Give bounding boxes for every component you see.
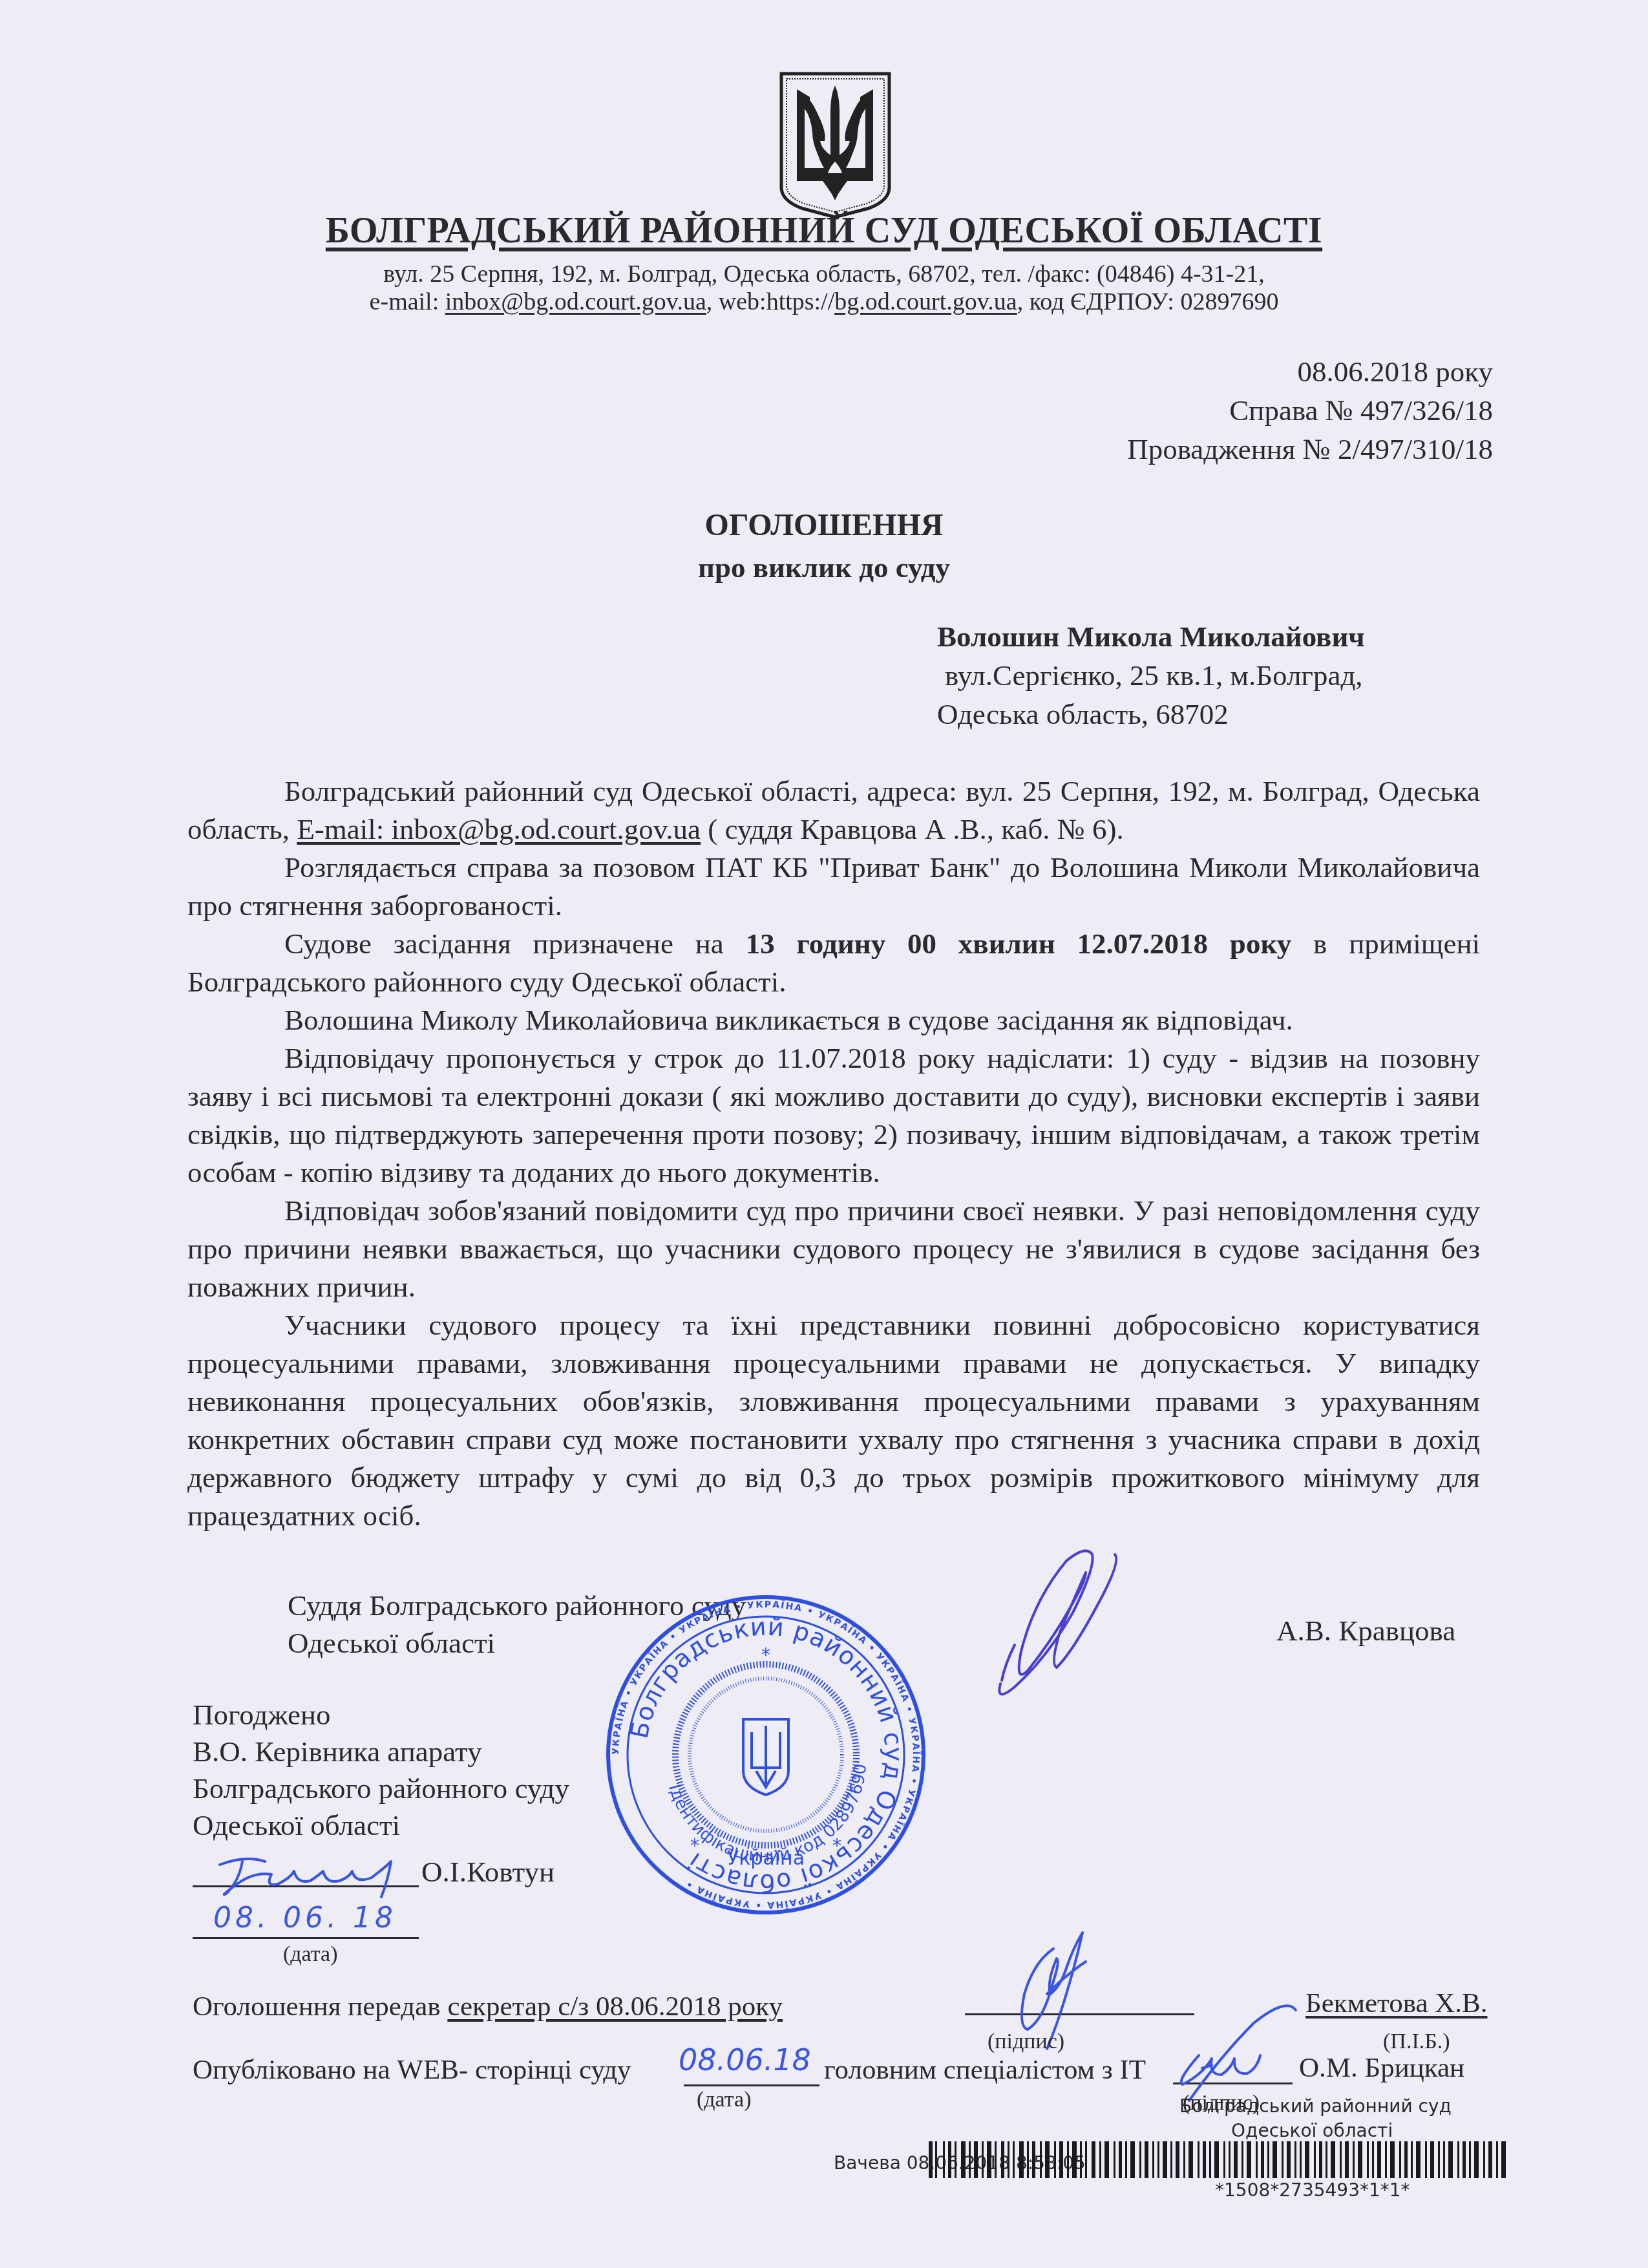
barcode bbox=[929, 2141, 1510, 2178]
approval-block: Погоджено В.О. Керівника апарату Болград… bbox=[193, 1697, 569, 1844]
judge-signature bbox=[989, 1542, 1137, 1703]
paragraph-absence-notice: Відповідач зобов'язаний повідомити суд п… bbox=[187, 1192, 1480, 1306]
ukraine-coat-of-arms-icon bbox=[779, 71, 892, 218]
transfer-name: Бекметова Х.В. bbox=[1305, 1987, 1488, 2019]
barcode-number: *1508*2735493*1*1* bbox=[1215, 2179, 1410, 2201]
publication-name: О.М. Брицкан bbox=[1299, 2052, 1464, 2084]
document-subtitle: про виклик до суду bbox=[0, 551, 1648, 584]
court-address: вул. 25 Серпня, 192, м. Болград, Одеська… bbox=[0, 260, 1648, 288]
judge-name: А.В. Кравцова bbox=[1276, 1614, 1455, 1648]
court-email-link[interactable]: inbox@bg.od.court.gov.ua bbox=[445, 288, 706, 315]
document-meta: 08.06.2018 року Справа № 497/326/18 Пров… bbox=[1127, 352, 1493, 469]
paragraph-hearing-time: Судове засідання призначене на 13 годину… bbox=[187, 925, 1480, 1001]
court-seal-stamp: УКРАЇНА • УКРАЇНА • УКРАЇНА • УКРАЇНА • … bbox=[604, 1593, 927, 1916]
case-number: Справа № 497/326/18 bbox=[1127, 391, 1493, 430]
body-email-link[interactable]: E-mail: inbox@bg.od.court.gov.ua bbox=[297, 813, 701, 845]
approval-label: Погоджено bbox=[193, 1697, 569, 1733]
recipient-name: Волошин Микола Миколайович bbox=[937, 617, 1365, 656]
svg-text:*: * bbox=[690, 1835, 699, 1856]
document-title: ОГОЛОШЕННЯ bbox=[0, 507, 1648, 543]
publication-date-line bbox=[684, 2084, 819, 2086]
hearing-datetime: 13 годину 00 хвилин 12.07.2018 року bbox=[746, 927, 1292, 960]
court-contacts: e-mail: inbox@bg.od.court.gov.ua, web:ht… bbox=[0, 288, 1648, 316]
recipient-address-line-1: вул.Сергієнко, 25 кв.1, м.Болград, bbox=[937, 656, 1365, 695]
transfer-name-caption: (П.І.Б.) bbox=[1383, 2030, 1450, 2054]
transfer-line: Оголошення передав секретар с/з 08.06.20… bbox=[193, 1991, 821, 2022]
approval-role-2: Болградського районного суду bbox=[193, 1770, 569, 1807]
registry-court-line-2: Одеської області bbox=[1231, 2120, 1393, 2141]
approval-handwritten-date: 08. 06. 18 bbox=[213, 1902, 397, 1934]
registry-court-line-1: Болградський районний суд bbox=[1179, 2095, 1452, 2117]
transfer-value: секретар с/з 08.06.2018 року bbox=[447, 1991, 821, 2022]
publication-line: Опубліковано на WEB- сторінці суду bbox=[193, 2054, 631, 2086]
recipient-block: Волошин Микола Миколайович вул.Сергієнко… bbox=[937, 617, 1365, 734]
approval-name: О.І.Ковтун bbox=[421, 1855, 555, 1889]
publication-handwritten-date: 08.06.18 bbox=[679, 2042, 811, 2077]
paragraph-claim: Розглядається справа за позовом ПАТ КБ "… bbox=[187, 849, 1480, 925]
court-name-heading: БОЛГРАДСЬКИЙ РАЙОННИЙ СУД ОДЕСЬКОЇ ОБЛАС… bbox=[0, 210, 1648, 251]
notice-body: Болградський районний суд Одеської облас… bbox=[187, 772, 1480, 1535]
approval-signature bbox=[213, 1852, 407, 1900]
approval-date-caption: (дата) bbox=[283, 1942, 338, 1967]
svg-text:*: * bbox=[761, 1644, 770, 1666]
approval-role-1: В.О. Керівника апарату bbox=[193, 1733, 569, 1770]
publication-by-label: головним спеціалістом з ІТ bbox=[824, 2054, 1146, 2086]
transfer-signature-caption: (підпис) bbox=[988, 2030, 1064, 2054]
approval-date-line bbox=[193, 1937, 419, 1939]
paragraph-summons: Волошина Миколу Миколайовича викликаєтьс… bbox=[187, 1001, 1480, 1039]
document-date: 08.06.2018 року bbox=[1127, 352, 1493, 391]
court-website-link[interactable]: bg.od.court.gov.ua bbox=[834, 288, 1017, 315]
approval-role-3: Одеської області bbox=[193, 1807, 569, 1844]
svg-text:*: * bbox=[832, 1835, 841, 1856]
svg-text:Україна: Україна bbox=[727, 1847, 805, 1870]
paragraph-response-deadline: Відповідачу пропонується у строк до 11.0… bbox=[187, 1039, 1480, 1192]
publication-date-caption: (дата) bbox=[697, 2088, 752, 2112]
recipient-address-line-2: Одеська область, 68702 bbox=[937, 695, 1365, 734]
paragraph-court-address: Болградський районний суд Одеської облас… bbox=[187, 772, 1480, 849]
paragraph-procedural-rights: Учасники судового процесу та їхні предст… bbox=[187, 1306, 1480, 1535]
proceeding-number: Провадження № 2/497/310/18 bbox=[1127, 430, 1493, 469]
